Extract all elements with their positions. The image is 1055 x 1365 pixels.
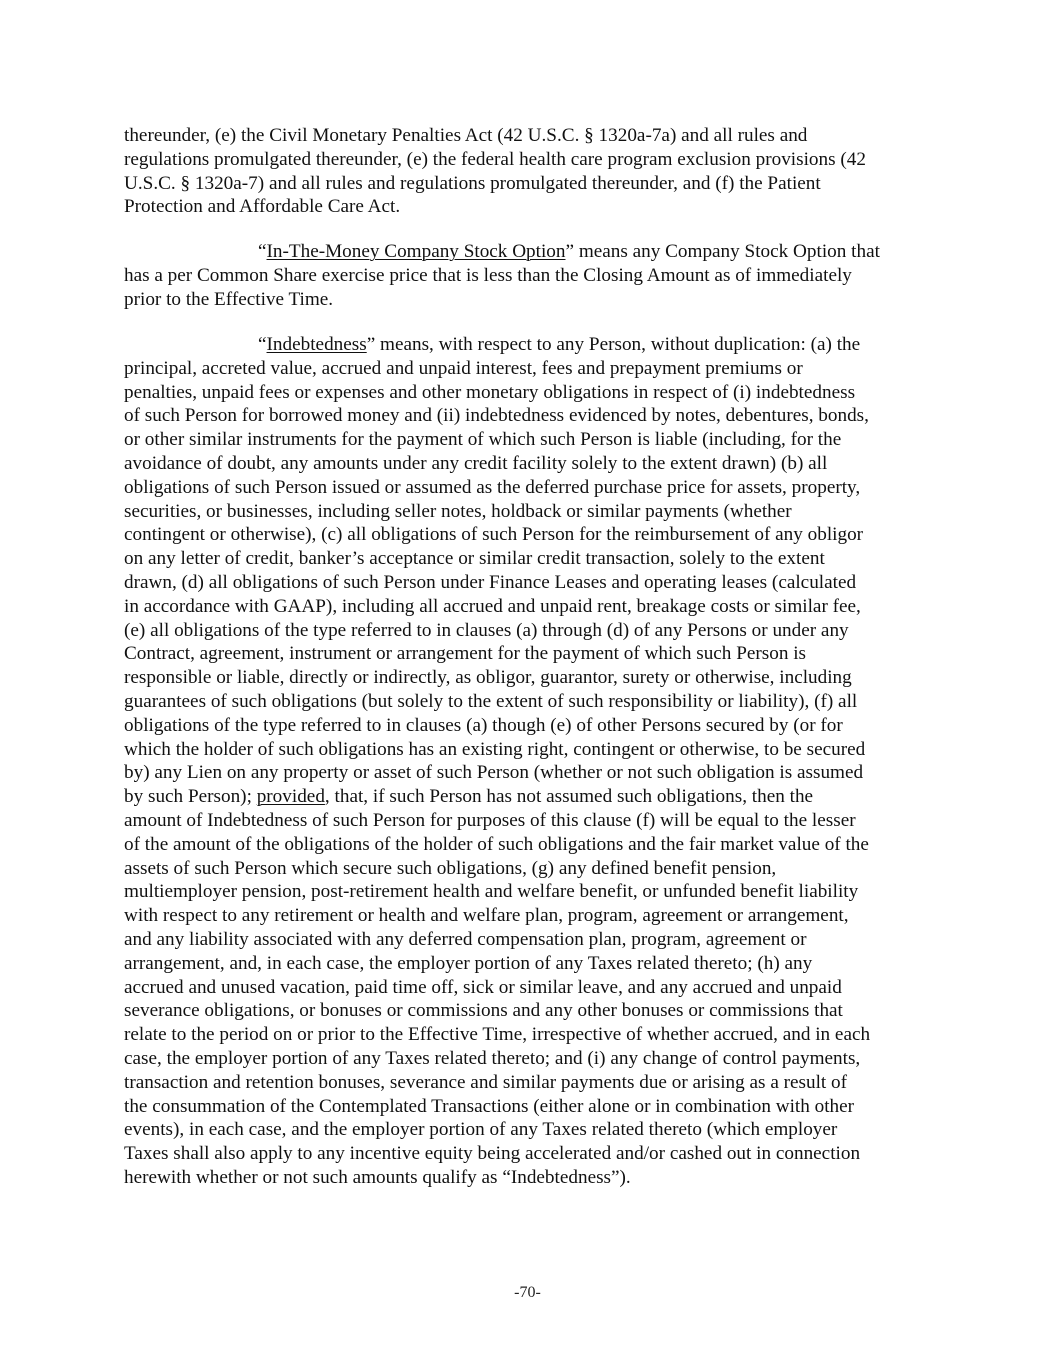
text-line: of such Person for borrowed money and (i… <box>124 404 944 428</box>
text-segment: by such Person); <box>124 786 257 807</box>
text-line: relate to the period on or prior to the … <box>124 1023 944 1047</box>
definition-in-the-money-company-stock-option: “In-The-Money Company Stock Option” mean… <box>124 240 944 311</box>
definition-text: ” means, with respect to any Person, wit… <box>367 334 860 355</box>
text-line: in accordance with GAAP), including all … <box>124 595 944 619</box>
text-line: penalties, unpaid fees or expenses and o… <box>124 381 944 405</box>
text-line: obligations of the type referred to in c… <box>124 714 944 738</box>
text-line: on any letter of credit, banker’s accept… <box>124 547 944 571</box>
text-line: responsible or liable, directly or indir… <box>124 666 944 690</box>
text-line: has a per Common Share exercise price th… <box>124 264 944 288</box>
text-line: case, the employer portion of any Taxes … <box>124 1047 944 1071</box>
text-line: guarantees of such obligations (but sole… <box>124 690 944 714</box>
definition-indebtedness: “Indebtedness” means, with respect to an… <box>124 333 944 1190</box>
text-line: of the amount of the obligations of the … <box>124 833 944 857</box>
text-line: Taxes shall also apply to any incentive … <box>124 1142 944 1166</box>
text-line: the consummation of the Contemplated Tra… <box>124 1095 944 1119</box>
text-line: arrangement, and, in each case, the empl… <box>124 952 944 976</box>
page-number: -70- <box>0 1283 1055 1303</box>
text-line: Contract, agreement, instrument or arran… <box>124 642 944 666</box>
text-line: herewith whether or not such amounts qua… <box>124 1166 944 1190</box>
paragraph-continuation: thereunder, (e) the Civil Monetary Penal… <box>124 124 944 219</box>
open-quote: “ <box>258 241 267 262</box>
text-line: securities, or businesses, including sel… <box>124 500 944 524</box>
text-line: or other similar instruments for the pay… <box>124 428 944 452</box>
text-line: accrued and unused vacation, paid time o… <box>124 976 944 1000</box>
text-line: and any liability associated with any de… <box>124 928 944 952</box>
text-line: principal, accreted value, accrued and u… <box>124 357 944 381</box>
text-line: amount of Indebtedness of such Person fo… <box>124 809 944 833</box>
text-line: avoidance of doubt, any amounts under an… <box>124 452 944 476</box>
text-segment: , that, if such Person has not assumed s… <box>325 786 813 807</box>
text-line: contingent or otherwise), (c) all obliga… <box>124 523 944 547</box>
defined-term: Indebtedness <box>267 334 367 355</box>
definition-text: ” means any Company Stock Option that <box>566 241 880 262</box>
text-line: multiemployer pension, post-retirement h… <box>124 880 944 904</box>
text-line: with respect to any retirement or health… <box>124 904 944 928</box>
text-line: Protection and Affordable Care Act. <box>124 195 944 219</box>
text-line: severance obligations, or bonuses or com… <box>124 999 944 1023</box>
text-line: by) any Lien on any property or asset of… <box>124 761 944 785</box>
open-quote: “ <box>258 334 267 355</box>
text-line: thereunder, (e) the Civil Monetary Penal… <box>124 124 944 148</box>
text-line: prior to the Effective Time. <box>124 288 944 312</box>
defined-term: In-The-Money Company Stock Option <box>267 241 566 262</box>
text-line: transaction and retention bonuses, sever… <box>124 1071 944 1095</box>
text-line: regulations promulgated thereunder, (e) … <box>124 148 944 172</box>
text-line: obligations of such Person issued or ass… <box>124 476 944 500</box>
provided-term: provided <box>257 786 325 807</box>
text-line: assets of such Person which secure such … <box>124 857 944 881</box>
text-line: which the holder of such obligations has… <box>124 738 944 762</box>
text-line: (e) all obligations of the type referred… <box>124 619 944 643</box>
text-line: events), in each case, and the employer … <box>124 1118 944 1142</box>
text-line: drawn, (d) all obligations of such Perso… <box>124 571 944 595</box>
document-page: thereunder, (e) the Civil Monetary Penal… <box>0 0 1055 1365</box>
definition-first-line: “In-The-Money Company Stock Option” mean… <box>124 240 944 264</box>
text-line: U.S.C. § 1320a-7) and all rules and regu… <box>124 172 944 196</box>
provided-line: by such Person); provided, that, if such… <box>124 785 944 809</box>
definition-first-line: “Indebtedness” means, with respect to an… <box>124 333 944 357</box>
